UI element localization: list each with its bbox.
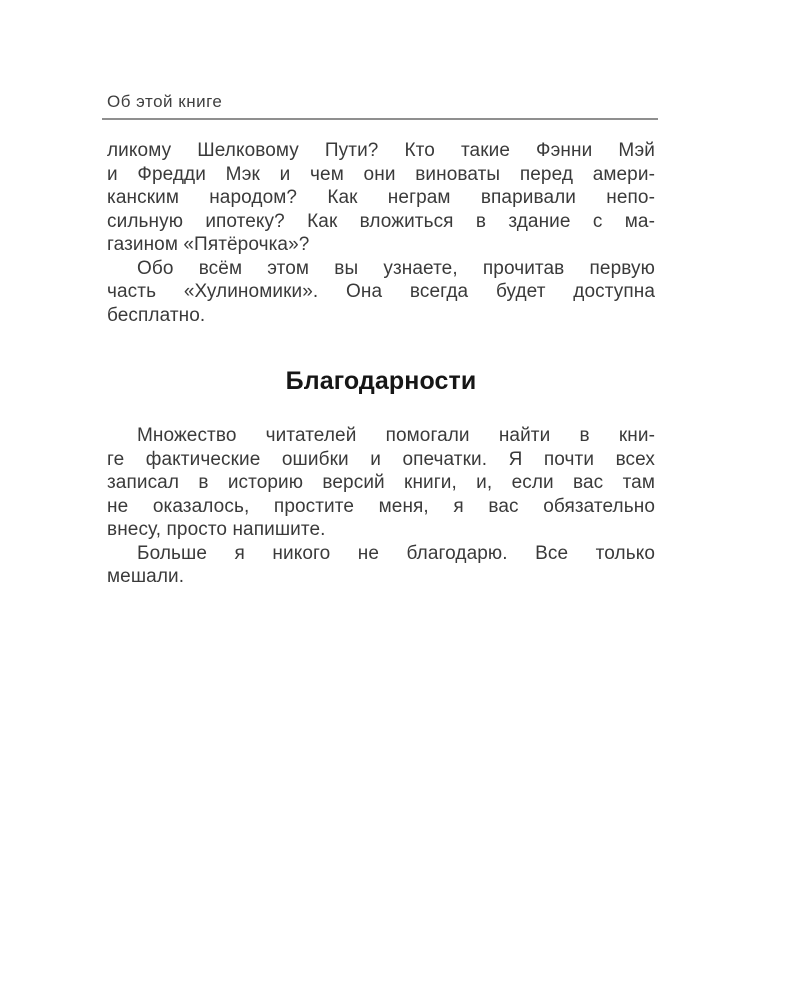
paragraph: Множество читателей помогали найти в кни… [107, 424, 655, 542]
text-line: Множество читателей помогали найти в кни… [107, 424, 655, 448]
text-line: газином «Пятёрочка»? [107, 233, 655, 257]
text-line: канским народом? Как неграм впаривали не… [107, 186, 655, 210]
text-line: бесплатно. [107, 304, 655, 328]
running-head: Об этой книге [107, 92, 222, 112]
text-line: ликому Шелковому Пути? Кто такие Фэнни М… [107, 139, 655, 163]
text-line: Обо всём этом вы узнаете, прочитав перву… [107, 257, 655, 281]
page-body: ликому Шелковому Пути? Кто такие Фэнни М… [107, 139, 655, 589]
text-line: часть «Хулиномики». Она всегда будет дос… [107, 280, 655, 304]
header-rule [102, 118, 658, 120]
text-line: ге фактические ошибки и опечатки. Я почт… [107, 448, 655, 472]
paragraph: ликому Шелковому Пути? Кто такие Фэнни М… [107, 139, 655, 257]
text-line: мешали. [107, 565, 655, 589]
text-line: записал в историю версий книги, и, если … [107, 471, 655, 495]
paragraph: Больше я никого не благодарю. Все только… [107, 542, 655, 589]
text-line: внесу, просто напишите. [107, 518, 655, 542]
book-page: Об этой книге ликому Шелковому Пути? Кто… [0, 0, 800, 1000]
text-line: сильную ипотеку? Как вложиться в здание … [107, 210, 655, 234]
paragraph: Обо всём этом вы узнаете, прочитав перву… [107, 257, 655, 328]
text-line: и Фредди Мэк и чем они виноваты перед ам… [107, 163, 655, 187]
text-line: не оказалось, простите меня, я вас обяза… [107, 495, 655, 519]
text-line: Больше я никого не благодарю. Все только [107, 542, 655, 566]
section-heading: Благодарности [107, 365, 655, 397]
